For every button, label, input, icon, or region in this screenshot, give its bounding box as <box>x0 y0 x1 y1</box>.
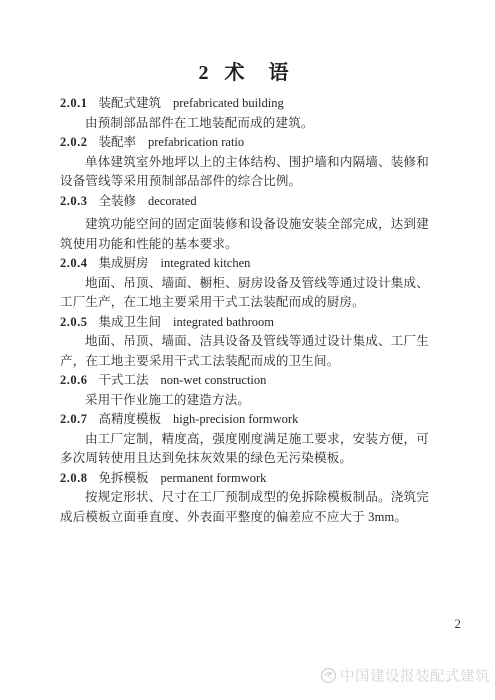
term-heading: 2.0.1装配式建筑prefabricated building <box>60 94 429 114</box>
term-chinese: 装配率 <box>99 135 137 149</box>
term-chinese: 集成卫生间 <box>99 315 162 329</box>
circle-swirl-logo-icon <box>320 667 337 684</box>
term-number: 2.0.1 <box>60 96 88 110</box>
term-english: prefabricated building <box>173 96 284 110</box>
term-number: 2.0.6 <box>60 373 88 387</box>
term-english: prefabrication ratio <box>148 135 244 149</box>
term-heading: 2.0.8免拆模板permanent formwork <box>60 469 429 489</box>
term-definition: 由工厂定制，精度高，强度刚度满足施工要求，安装方便，可多次周转使用且达到免抹灰效… <box>60 430 429 469</box>
term-number: 2.0.3 <box>60 194 88 208</box>
page-number: 2 <box>455 616 462 632</box>
chapter-title: 2术 语 <box>60 58 429 88</box>
term-definition: 地面、吊顶、墙面、橱柜、厨房设备及管线等通过设计集成、工厂生产，在工地主要采用干… <box>60 274 429 313</box>
term-chinese: 免拆模板 <box>99 471 149 485</box>
chapter-number: 2 <box>199 62 209 84</box>
term-english: permanent formwork <box>161 471 267 485</box>
term-chinese: 干式工法 <box>99 373 149 387</box>
page-content: 2术 语 2.0.1装配式建筑prefabricated building 由预… <box>60 58 429 527</box>
term-heading: 2.0.4集成厨房integrated kitchen <box>60 254 429 274</box>
term-definition: 采用干作业施工的建造方法。 <box>60 391 429 411</box>
term-english: non-wet construction <box>161 373 267 387</box>
term-chinese: 装配式建筑 <box>99 96 162 110</box>
chapter-title-text: 术 语 <box>225 62 291 84</box>
term-number: 2.0.8 <box>60 471 88 485</box>
term-english: high-precision formwork <box>173 412 298 426</box>
term-heading: 2.0.7高精度模板high-precision formwork <box>60 410 429 430</box>
term-number: 2.0.2 <box>60 135 88 149</box>
term-chinese: 集成厨房 <box>99 256 149 270</box>
term-definition: 由预制部品部件在工地装配而成的建筑。 <box>60 114 429 134</box>
term-heading: 2.0.6干式工法non-wet construction <box>60 371 429 391</box>
term-definition: 单体建筑室外地坪以上的主体结构、围护墙和内隔墙、装修和设备管线等采用预制部品部件… <box>60 153 429 192</box>
watermark: 中国建设报装配式建筑 <box>320 665 490 686</box>
term-english: integrated kitchen <box>161 256 251 270</box>
document-page: 2术 语 2.0.1装配式建筑prefabricated building 由预… <box>0 0 495 700</box>
term-definition: 建筑功能空间的固定面装修和设备设施安装全部完成，达到建筑使用功能和性能的基本要求… <box>60 215 429 254</box>
term-definition: 按规定形状、尺寸在工厂预制成型的免拆除模板制品。浇筑完成后模板立面垂直度、外表面… <box>60 488 429 527</box>
term-heading: 2.0.3全装修decorated <box>60 192 429 212</box>
watermark-text: 中国建设报装配式建筑 <box>340 665 490 686</box>
term-number: 2.0.5 <box>60 315 88 329</box>
term-heading: 2.0.5集成卫生间integrated bathroom <box>60 313 429 333</box>
term-number: 2.0.4 <box>60 256 88 270</box>
term-chinese: 全装修 <box>99 194 137 208</box>
term-english: decorated <box>148 194 197 208</box>
term-number: 2.0.7 <box>60 412 88 426</box>
term-definition: 地面、吊顶、墙面、洁具设备及管线等通过设计集成、工厂生产，在工地主要采用干式工法… <box>60 332 429 371</box>
term-heading: 2.0.2装配率prefabrication ratio <box>60 133 429 153</box>
term-english: integrated bathroom <box>173 315 274 329</box>
term-chinese: 高精度模板 <box>99 412 162 426</box>
